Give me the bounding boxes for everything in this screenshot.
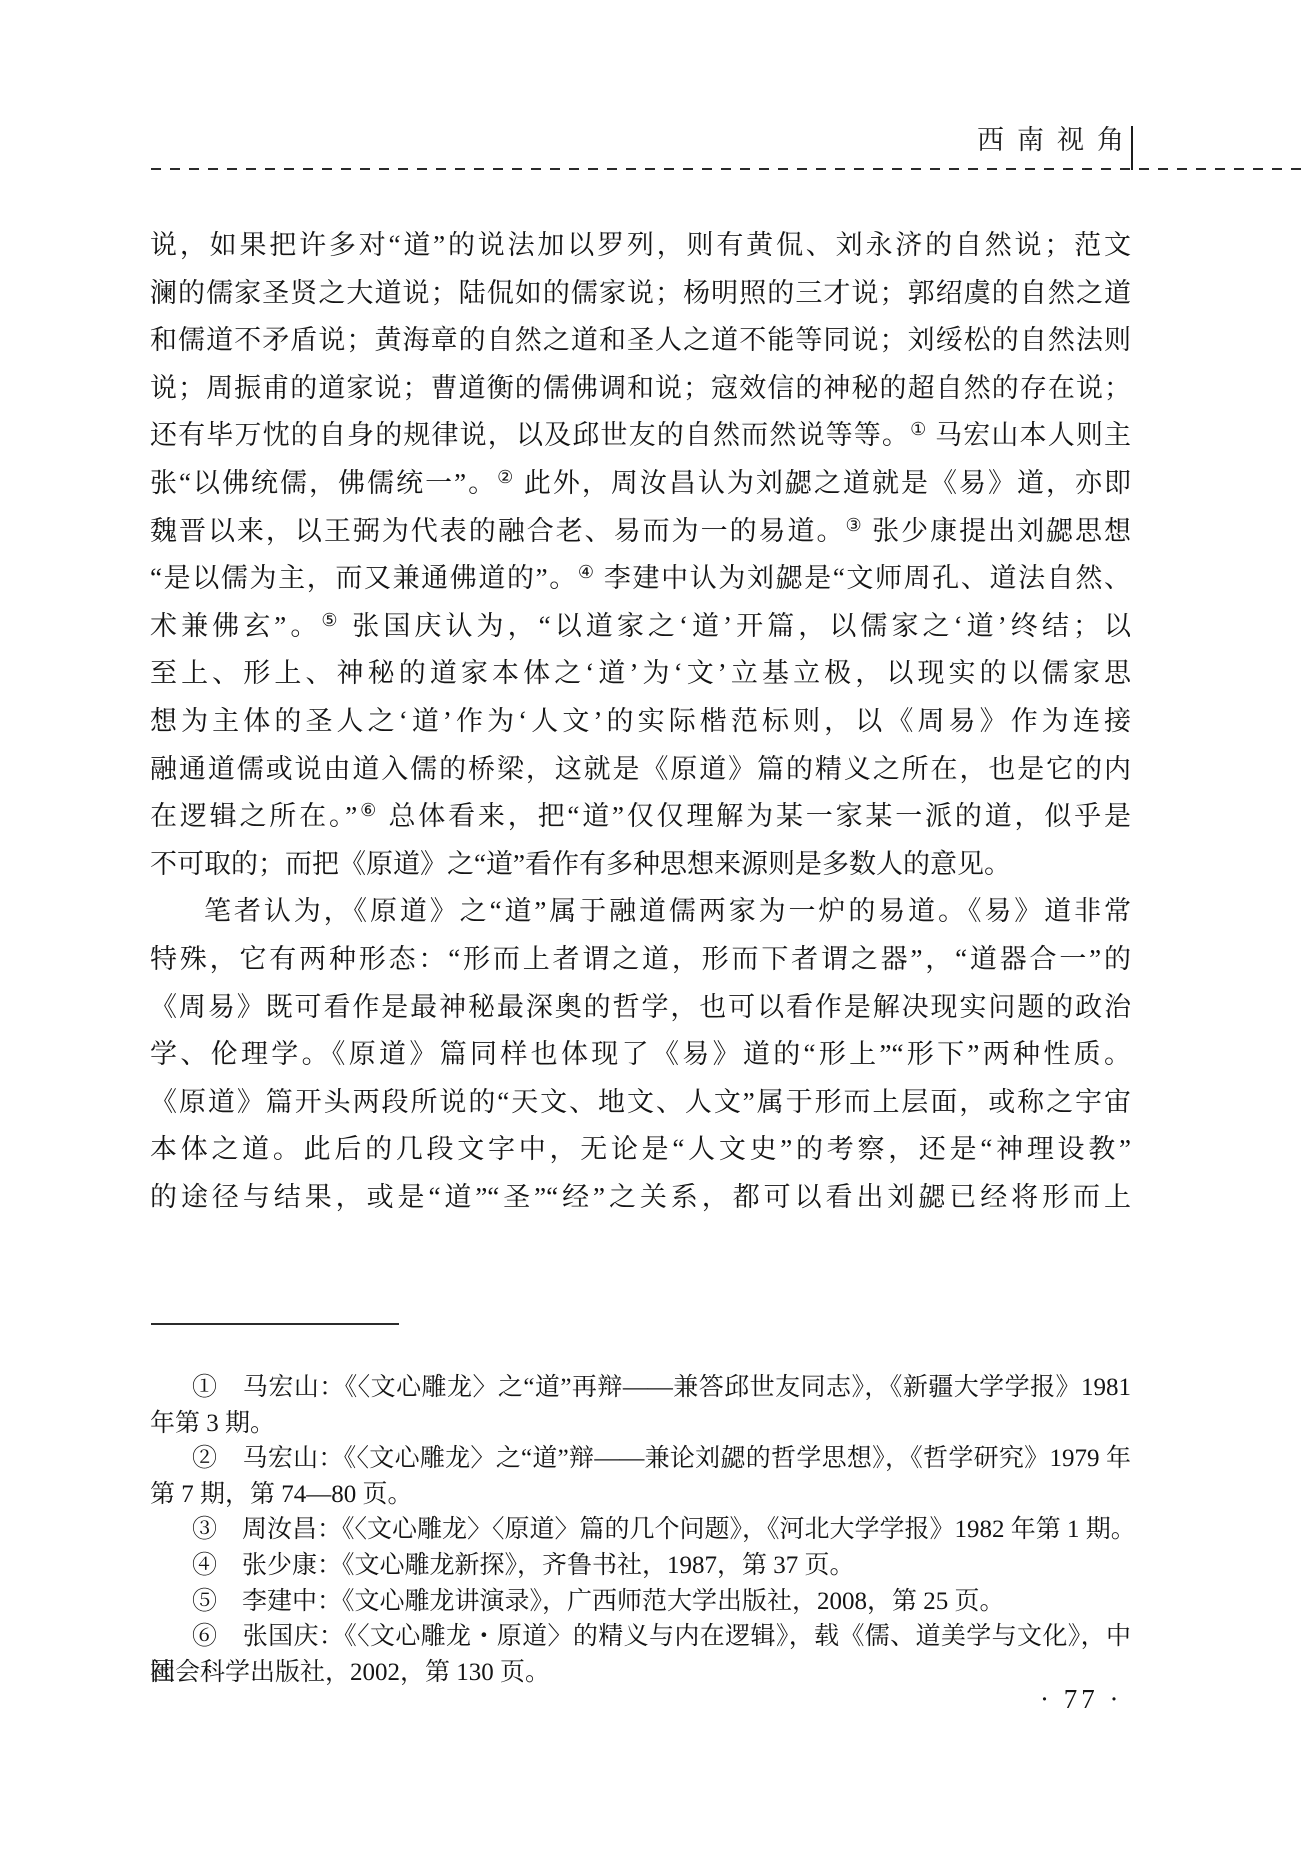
footnote-ref: ⑥ [357, 800, 379, 820]
footnote-ref: ④ [578, 562, 596, 582]
page-number: · 77 · [1040, 1684, 1122, 1715]
body-line: 本体之道。此后的几段文字中，无论是“人文史”的考察，还是“神理设教” [150, 1126, 1131, 1174]
running-head-dashed-rule [151, 168, 1307, 170]
body-line: 在逻辑之所在。”⑥ 总体看来，把“道”仅仅理解为某一家某一派的道，似乎是 [150, 793, 1131, 841]
footnote-line: ② 马宏山：《〈文心雕龙〉之“道”辩——兼论刘勰的哲学思想》，《哲学研究》197… [150, 1441, 1131, 1477]
footnote-line: ⑤ 李建中：《文心雕龙讲演录》，广西师范大学出版社，2008，第 25 页。 [150, 1584, 1131, 1620]
footnote-line: ① 马宏山：《〈文心雕龙〉之“道”再辩——兼答邱世友同志》，《新疆大学学报》19… [150, 1370, 1131, 1406]
footnote-line: 年第 3 期。 [150, 1406, 1131, 1442]
body-line: 说，如果把许多对“道”的说法加以罗列，则有黄侃、刘永济的自然说；范文 [150, 222, 1131, 270]
body-line: 至上、形上、神秘的道家本体之‘道’为‘文’立基立极，以现实的以儒家思 [150, 650, 1131, 698]
body-line: 《周易》既可看作是最神秘最深奥的哲学，也可以看作是解决现实问题的政治 [150, 984, 1131, 1032]
footnote-line: 社会科学出版社，2002，第 130 页。 [150, 1655, 1131, 1691]
footnote-ref: ② [497, 467, 515, 487]
body-line: “是以儒为主，而又兼通佛道的”。④ 李建中认为刘勰是“文师周孔、道法自然、 [150, 555, 1131, 603]
body-line: 张“以佛统儒，佛儒统一”。② 此外，周汝昌认为刘勰之道就是《易》道，亦即 [150, 460, 1131, 508]
body-line: 术兼佛玄”。⑤ 张国庆认为，“以道家之‘道’开篇，以儒家之‘道’终结；以 [150, 603, 1131, 651]
footnote-separator [151, 1323, 399, 1325]
body-line: 特殊，它有两种形态：“形而上者谓之道，形而下者谓之器”，“道器合一”的 [150, 936, 1131, 984]
body-line: 学、伦理学。《原道》篇同样也体现了《易》道的“形上”“形下”两种性质。 [150, 1031, 1131, 1079]
body-line: 和儒道不矛盾说；黄海章的自然之道和圣人之道不能等同说；刘绥松的自然法则 [150, 317, 1131, 365]
body-line: 想为主体的圣人之‘道’作为‘人文’的实际楷范标则，以《周易》作为连接 [150, 698, 1131, 746]
footnote-line: ④ 张少康：《文心雕龙新探》，齐鲁书社，1987，第 37 页。 [150, 1548, 1131, 1584]
body-line: 融通道儒或说由道入儒的桥梁，这就是《原道》篇的精义之所在，也是它的内 [150, 746, 1131, 794]
body-line: 说；周振甫的道家说；曹道衡的儒佛调和说；寇效信的神秘的超自然的存在说； [150, 365, 1131, 413]
body-line: 澜的儒家圣贤之大道说；陆侃如的儒家说；杨明照的三才说；郭绍虞的自然之道 [150, 270, 1131, 318]
body-line: 的途径与结果，或是“道”“圣”“经”之关系，都可以看出刘勰已经将形而上 [150, 1174, 1131, 1222]
body-line: 笔者认为，《原道》之“道”属于融道儒两家为一炉的易道。《易》道非常 [150, 888, 1131, 936]
footnote-ref: ③ [846, 515, 864, 535]
footnote-line: ⑥ 张国庆：《〈文心雕龙・原道〉的精义与内在逻辑》，载《儒、道美学与文化》，中国 [150, 1619, 1131, 1655]
body-text: 说，如果把许多对“道”的说法加以罗列，则有黄侃、刘永济的自然说；范文澜的儒家圣贤… [150, 222, 1131, 1221]
footnote-ref: ① [910, 419, 927, 439]
running-head-title: 西南视角 [977, 118, 1137, 157]
footnote-line: 第 7 期，第 74—80 页。 [150, 1477, 1131, 1513]
footnotes: ① 马宏山：《〈文心雕龙〉之“道”再辩——兼答邱世友同志》，《新疆大学学报》19… [150, 1370, 1131, 1690]
running-head-bar [1131, 126, 1133, 170]
body-line: 魏晋以来，以王弼为代表的融合老、易而为一的易道。③ 张少康提出刘勰思想 [150, 508, 1131, 556]
body-line: 不可取的；而把《原道》之“道”看作有多种思想来源则是多数人的意见。 [150, 841, 1131, 889]
body-line: 还有毕万忱的自身的规律说，以及邱世友的自然而然说等等。① 马宏山本人则主 [150, 412, 1131, 460]
footnote-line: ③ 周汝昌：《〈文心雕龙〉〈原道〉篇的几个问题》，《河北大学学报》1982 年第… [150, 1512, 1131, 1548]
body-line: 《原道》篇开头两段所说的“天文、地文、人文”属于形而上层面，或称之宇宙 [150, 1079, 1131, 1127]
book-page: 西南视角 说，如果把许多对“道”的说法加以罗列，则有黄侃、刘永济的自然说；范文澜… [0, 0, 1307, 1859]
footnote-ref: ⑤ [321, 610, 341, 630]
